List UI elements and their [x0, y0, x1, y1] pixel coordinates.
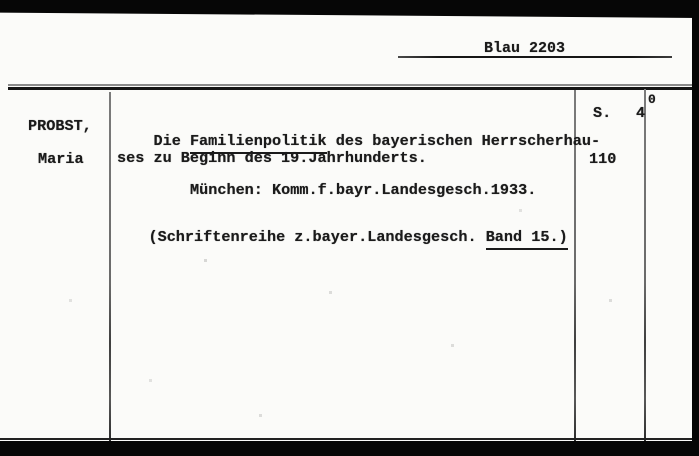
scan-edge-bottom-band [0, 441, 699, 456]
scan-edge-top-band [0, 0, 699, 18]
author-surname: PROBST, [28, 119, 92, 134]
card-top-border-shadow [8, 84, 692, 86]
author-column-divider [109, 92, 111, 441]
corner-digit-bottom: 4 [636, 106, 645, 121]
pages-label: S. [593, 106, 611, 121]
scan-edge-right-band [692, 0, 699, 456]
corner-column-divider [644, 89, 646, 441]
card-top-border [8, 87, 692, 90]
paper-noise [0, 0, 1, 1]
reference-number: Blau 2203 [484, 41, 565, 56]
series-line: (Schriftenreihe z.bayer.Landesgesch. Ban… [112, 215, 568, 261]
corner-digit-top: 0 [648, 93, 656, 106]
author-forename: Maria [38, 152, 84, 167]
pages-value: 110 [589, 152, 616, 167]
title-line-1-pre: Die [153, 132, 189, 150]
title-line-1-post: des bayerischen Herrscherhau- [327, 132, 600, 150]
publisher-line: München: Komm.f.bayr.Landesgesch.1933. [190, 183, 536, 198]
catalog-card-scan: Blau 2203 PROBST, Maria Die Familienpoli… [0, 0, 699, 456]
title-line-2: ses zu Beginn des 19.Jahrhunderts. [117, 151, 427, 166]
series-line-pre: (Schriftenreihe z.bayer.Landesgesch. [148, 228, 485, 246]
reference-rule-line [398, 56, 672, 58]
card-bottom-border [0, 438, 692, 440]
series-volume-underlined: Band 15.) [486, 228, 568, 250]
